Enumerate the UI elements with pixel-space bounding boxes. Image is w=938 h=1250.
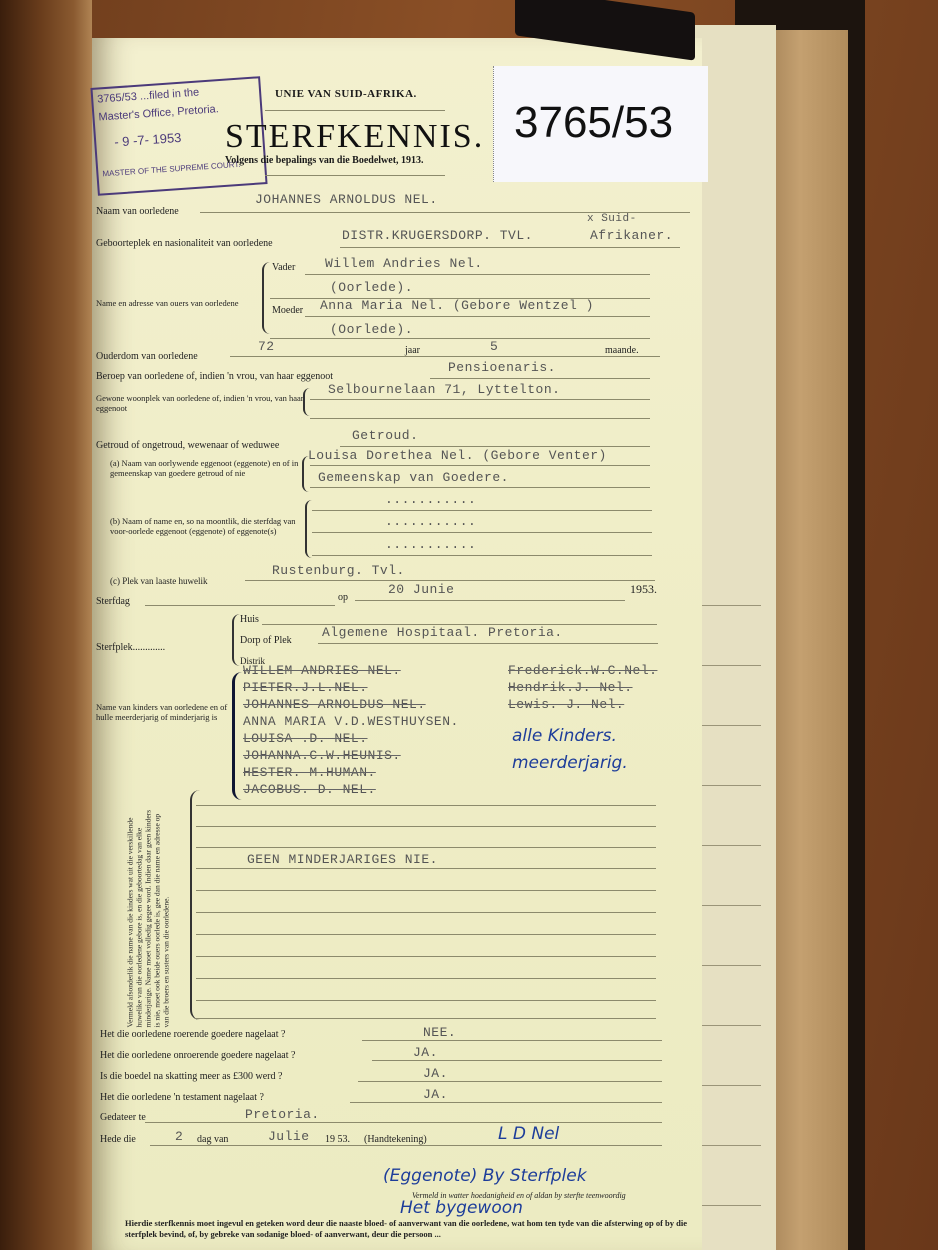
spouse-value: Louisa Dorethea Nel. (Gebore Venter) — [308, 448, 607, 463]
children-label: Name van kinders van oorledene en of hul… — [96, 702, 231, 722]
case-number-label: 3765/53 — [493, 66, 708, 182]
stamp-line: 3765/53 ...filed in the — [97, 87, 200, 106]
child-entry: JACOBUS. D. NEL. — [243, 782, 376, 797]
town-value: Algemene Hospitaal. Pretoria. — [322, 625, 563, 640]
death-date-label: Sterfdag — [96, 596, 130, 607]
underlying-page — [690, 25, 776, 1250]
marital-value: Getroud. — [352, 428, 418, 443]
death-date-op: op — [338, 592, 348, 603]
age-months-label: maande. — [605, 345, 639, 356]
child-entry: JOHANNES ARNOLDUS NEL. — [243, 697, 426, 712]
form-subtitle: Volgens die bepalings van die Boedelwet,… — [225, 155, 424, 166]
signed-month-label: dag van — [197, 1134, 228, 1145]
previous-spouse-label: (b) Naam of name en, so na moontlik, die… — [110, 516, 305, 536]
signed-at-label: Gedateer te — [100, 1112, 146, 1123]
last-marriage-value: Rustenburg. Tvl. — [272, 563, 405, 578]
minors-value: GEEN MINDERJARIGES NIE. — [247, 852, 438, 867]
child-entry: PIETER.J.L.NEL. — [243, 680, 368, 695]
child-entry: LOUISA .D. NEL. — [243, 731, 368, 746]
child-entry: ANNA MARIA V.D.WESTHUYSEN. — [243, 714, 459, 729]
mother-value: Anna Maria Nel. (Gebore Wentzel ) — [320, 298, 594, 313]
footer-instructions: Hierdie sterfkennis moet ingevul en gete… — [125, 1218, 695, 1240]
handwritten-of-age: meerderjarig. — [512, 753, 628, 773]
child-entry: JOHANNA.C.W.HEUNIS. — [243, 748, 401, 763]
binder-board — [768, 30, 848, 1250]
handwritten-capacity: (Eggenote) By Sterfplek — [383, 1166, 587, 1186]
death-date-year: 1953. — [630, 582, 657, 597]
handwritten-all-children: alle Kinders. — [512, 726, 617, 746]
parents-label: Name en adresse van ouers van oorledene — [96, 298, 261, 308]
form-title: STERFKENNIS. — [225, 118, 484, 156]
child-entry: HESTER. M.HUMAN. — [243, 765, 376, 780]
signed-day-label: Hede die — [100, 1134, 136, 1145]
spouse-label: (a) Naam van oorlywende eggenoot (eggeno… — [110, 458, 305, 478]
last-marriage-label: (c) Plek van laaste huwelik — [110, 576, 207, 586]
death-date-value: 20 Junie — [388, 582, 454, 597]
occupation-value: Pensioenaris. — [448, 360, 556, 375]
child-entry: WILLEM ANDRIES NEL. — [243, 663, 401, 678]
town-label: Dorp of Plek — [240, 635, 292, 646]
stamp-line: MASTER OF THE SUPREME COURT. — [102, 160, 241, 179]
death-place-label: Sterfplek............. — [96, 642, 165, 653]
signed-month: Julie — [268, 1129, 310, 1144]
immovable-value: JA. — [413, 1045, 438, 1060]
mother-note: (Oorlede). — [330, 322, 413, 337]
father-label: Vader — [272, 262, 295, 273]
age-months: 5 — [490, 339, 498, 354]
age-years-label: jaar — [405, 345, 420, 356]
movable-value: NEE. — [423, 1025, 456, 1040]
name-value: JOHANNES ARNOLDUS NEL. — [255, 192, 438, 207]
will-value: JA. — [423, 1087, 448, 1102]
child-entry: Lewis. J. Nel. — [508, 697, 624, 712]
name-label: Naam van oorledene — [96, 206, 179, 217]
house-label: Huis — [240, 614, 259, 625]
movable-label: Het die oorledene roerende goedere nagel… — [100, 1029, 285, 1040]
immovable-label: Het die oorledene onroerende goedere nag… — [100, 1050, 295, 1061]
value-over-label: Is die boedel na skatting meer as £300 w… — [100, 1071, 282, 1082]
handwritten-present: Het bygewoon — [400, 1198, 523, 1218]
marital-label: Getroud of ongetroud, wewenaar of weduwe… — [96, 440, 279, 451]
will-label: Het die oorledene 'n testament nagelaat … — [100, 1092, 264, 1103]
occupation-label: Beroep van oorledene of, indien 'n vrou,… — [96, 371, 333, 382]
residence-value: Selbournelaan 71, Lyttelton. — [328, 382, 560, 397]
age-years: 72 — [258, 339, 275, 354]
birthplace-value: DISTR.KRUGERSDORP. TVL. — [342, 228, 533, 243]
form-union-header: UNIE VAN SUID-AFRIKA. — [275, 88, 417, 100]
signed-day: 2 — [175, 1129, 183, 1144]
birthplace-insert: x Suid- — [587, 213, 637, 225]
birthplace-label: Geboorteplek en nasionaliteit van oorled… — [96, 238, 273, 249]
signed-year: 19 53. — [325, 1134, 350, 1145]
book-spine — [0, 0, 92, 1250]
previous-spouse-line: ........... — [385, 514, 476, 529]
signature: L D Nel — [498, 1124, 559, 1144]
age-label: Ouderdom van oorledene — [96, 351, 198, 362]
previous-spouse-line: ........... — [385, 492, 476, 507]
signed-at-value: Pretoria. — [245, 1107, 320, 1122]
case-number: 3765/53 — [514, 98, 673, 148]
previous-spouse-line: ........... — [385, 537, 476, 552]
signature-label: (Handtekening) — [364, 1134, 427, 1145]
child-entry: Hendrik.J. Nel. — [508, 680, 633, 695]
mother-label: Moeder — [272, 305, 303, 316]
minors-instructions: Vermeld afsonderlik die name van die kin… — [88, 800, 198, 1020]
stamp-line: Master's Office, Pretoria. — [98, 103, 219, 123]
spouse-property-regime: Gemeenskap van Goedere. — [318, 470, 509, 485]
father-value: Willem Andries Nel. — [325, 256, 483, 271]
stamp-date: - 9 -7- 1953 — [114, 130, 182, 150]
residence-label: Gewone woonplek van oorledene of, indien… — [96, 393, 306, 413]
birthplace-nationality: Afrikaner. — [590, 228, 673, 243]
father-note: (Oorlede). — [330, 280, 413, 295]
child-entry: Frederick.W.C.Nel. — [508, 663, 657, 678]
value-over-value: JA. — [423, 1066, 448, 1081]
